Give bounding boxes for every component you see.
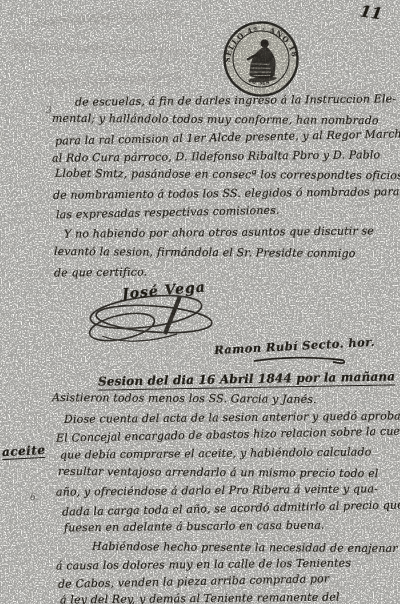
manuscript-line: Y no habiendo por ahora otros asuntos qu… [64, 224, 374, 240]
manuscript-line: al Rdo Cura párroco, D. Ildefonso Ribalt… [52, 148, 380, 164]
attendance-line: Asistieron todos menos los SS. Garcia y … [52, 391, 317, 406]
manuscript-line: dada la carga toda el año, se acordó adm… [62, 498, 400, 518]
manuscript-line: de nombramiento á todos los SS. elegidos… [53, 185, 400, 202]
session-heading: Sesion del dia 16 Abril 1844 por la maña… [98, 369, 395, 390]
manuscript-line: para la ral comision al 1er Alcde presen… [55, 127, 400, 147]
manuscript-line: El Concejal encargado de abastos hizo re… [56, 424, 400, 445]
manuscript-line: Llobet Smtz, pasándose en consecª los co… [55, 167, 400, 182]
page-number: 11 [359, 1, 384, 23]
margin-mark: 6. [30, 493, 39, 503]
manuscript-line: resultar ventajoso arrendarlo á un mismo… [58, 465, 379, 480]
acta-line: Diose cuenta del acta de la sesion anter… [64, 409, 400, 426]
manuscript-page: 11 3 6. SELLO 4º · AÑO 1844 40 MS de esc… [0, 0, 400, 604]
ink-bleed-smudge [30, 12, 180, 26]
manuscript-line: las expresadas respectivas comisiones. [56, 204, 280, 222]
manuscript-line: á causa los dolores muy en la calle de l… [56, 556, 351, 572]
margin-note-aceite: aceite [2, 443, 46, 460]
manuscript-line: Habiéndose hecho presente la necesidad d… [92, 540, 398, 555]
ink-bleed-smudge [10, 43, 190, 55]
manuscript-line: que debía comprarse el aceite, y habiénd… [60, 445, 372, 461]
manuscript-line: fuesen en adelante á buscarlo en casa bu… [64, 519, 325, 535]
margin-mark: 3 [46, 106, 52, 116]
manuscript-line: de Cabos, venden la pieza arriba comprad… [58, 572, 330, 591]
manuscript-line: levantó la sesion, firmándola el Sr. Pre… [54, 245, 356, 260]
official-seal-stamp: SELLO 4º · AÑO 1844 40 MS [218, 16, 305, 103]
manuscript-line: de que certifico. [54, 266, 147, 280]
manuscript-line: de escuelas, á fin de darles ingreso á l… [75, 92, 396, 108]
manuscript-line: mental; y hallándolo todos muy conforme,… [52, 112, 379, 127]
signature-rubric-flourish [82, 292, 222, 346]
signature-underline-flourish [252, 352, 352, 366]
ink-bleed-smudge [40, 76, 180, 86]
manuscript-line: año, y ofreciéndose á darlo el Pro Riber… [56, 482, 378, 498]
manuscript-line: á ley del Rey, y demás al Teniente reman… [60, 591, 340, 604]
